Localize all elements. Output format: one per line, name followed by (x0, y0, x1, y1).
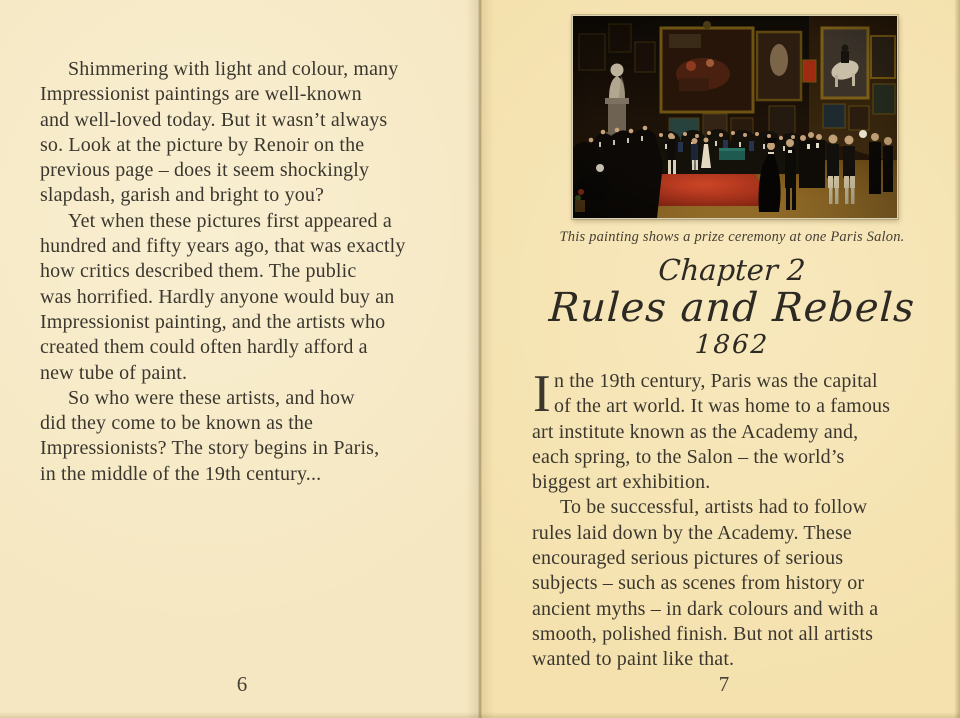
text-line: of the art world. It was home to a famou… (532, 394, 920, 419)
text-line: so. Look at the picture by Renoir on the (40, 133, 446, 158)
text-line: Yet when these pictures first appeared a (40, 209, 446, 234)
text-line: biggest art exhibition. (532, 470, 920, 495)
text-line: rules laid down by the Academy. These (532, 521, 920, 546)
text-line: Impressionists? The story begins in Pari… (40, 436, 446, 461)
text-line: So who were these artists, and how (40, 386, 446, 411)
text-line: Impressionist paintings are well-known (40, 82, 446, 107)
text-line: n the 19th century, Paris was the capita… (532, 369, 920, 394)
drop-cap: I (533, 370, 551, 418)
left-page-number: 6 (40, 672, 444, 697)
right-page-number: 7 (524, 672, 924, 697)
text-line: art institute known as the Academy and, (532, 420, 920, 445)
text-line: how critics described them. The public (40, 259, 446, 284)
salon-painting-art (573, 16, 897, 218)
text-line: To be successful, artists had to follow (532, 495, 920, 520)
chapter-title: Rules and Rebels (531, 285, 933, 331)
chapter-label: Chapter 2 (531, 253, 933, 287)
text-line: created them could often hardly afford a (40, 335, 446, 360)
text-line: hundred and fifty years ago, that was ex… (40, 234, 446, 259)
text-line: was horrified. Hardly anyone would buy a… (40, 285, 446, 310)
text-line: in the middle of the 19th century... (40, 462, 446, 487)
text-line: slapdash, garish and bright to you? (40, 183, 446, 208)
painting-caption: This painting shows a prize ceremony at … (532, 229, 932, 246)
text-line: ancient myths – in dark colours and with… (532, 597, 920, 622)
chapter-year: 1862 (531, 330, 933, 360)
text-line: Shimmering with light and colour, many (40, 57, 446, 82)
text-line: wanted to paint like that. (532, 647, 920, 672)
text-line: subjects – such as scenes from history o… (532, 571, 920, 596)
text-line: previous page – does it seem shockingly (40, 158, 446, 183)
text-line: new tube of paint. (40, 361, 446, 386)
text-line: smooth, polished finish. But not all art… (532, 622, 920, 647)
book-spread: Shimmering with light and colour, manyIm… (0, 0, 960, 718)
text-line: Impressionist painting, and the artists … (40, 310, 446, 335)
right-page-body-text: I n the 19th century, Paris was the capi… (532, 369, 920, 673)
text-line: did they come to be known as the (40, 411, 446, 436)
salon-painting-image (572, 15, 898, 219)
text-line: and well-loved today. But it wasn’t alwa… (40, 108, 446, 133)
text-line: encouraged serious pictures of serious (532, 546, 920, 571)
left-page-body-text: Shimmering with light and colour, manyIm… (40, 57, 446, 487)
text-line: each spring, to the Salon – the world’s (532, 445, 920, 470)
